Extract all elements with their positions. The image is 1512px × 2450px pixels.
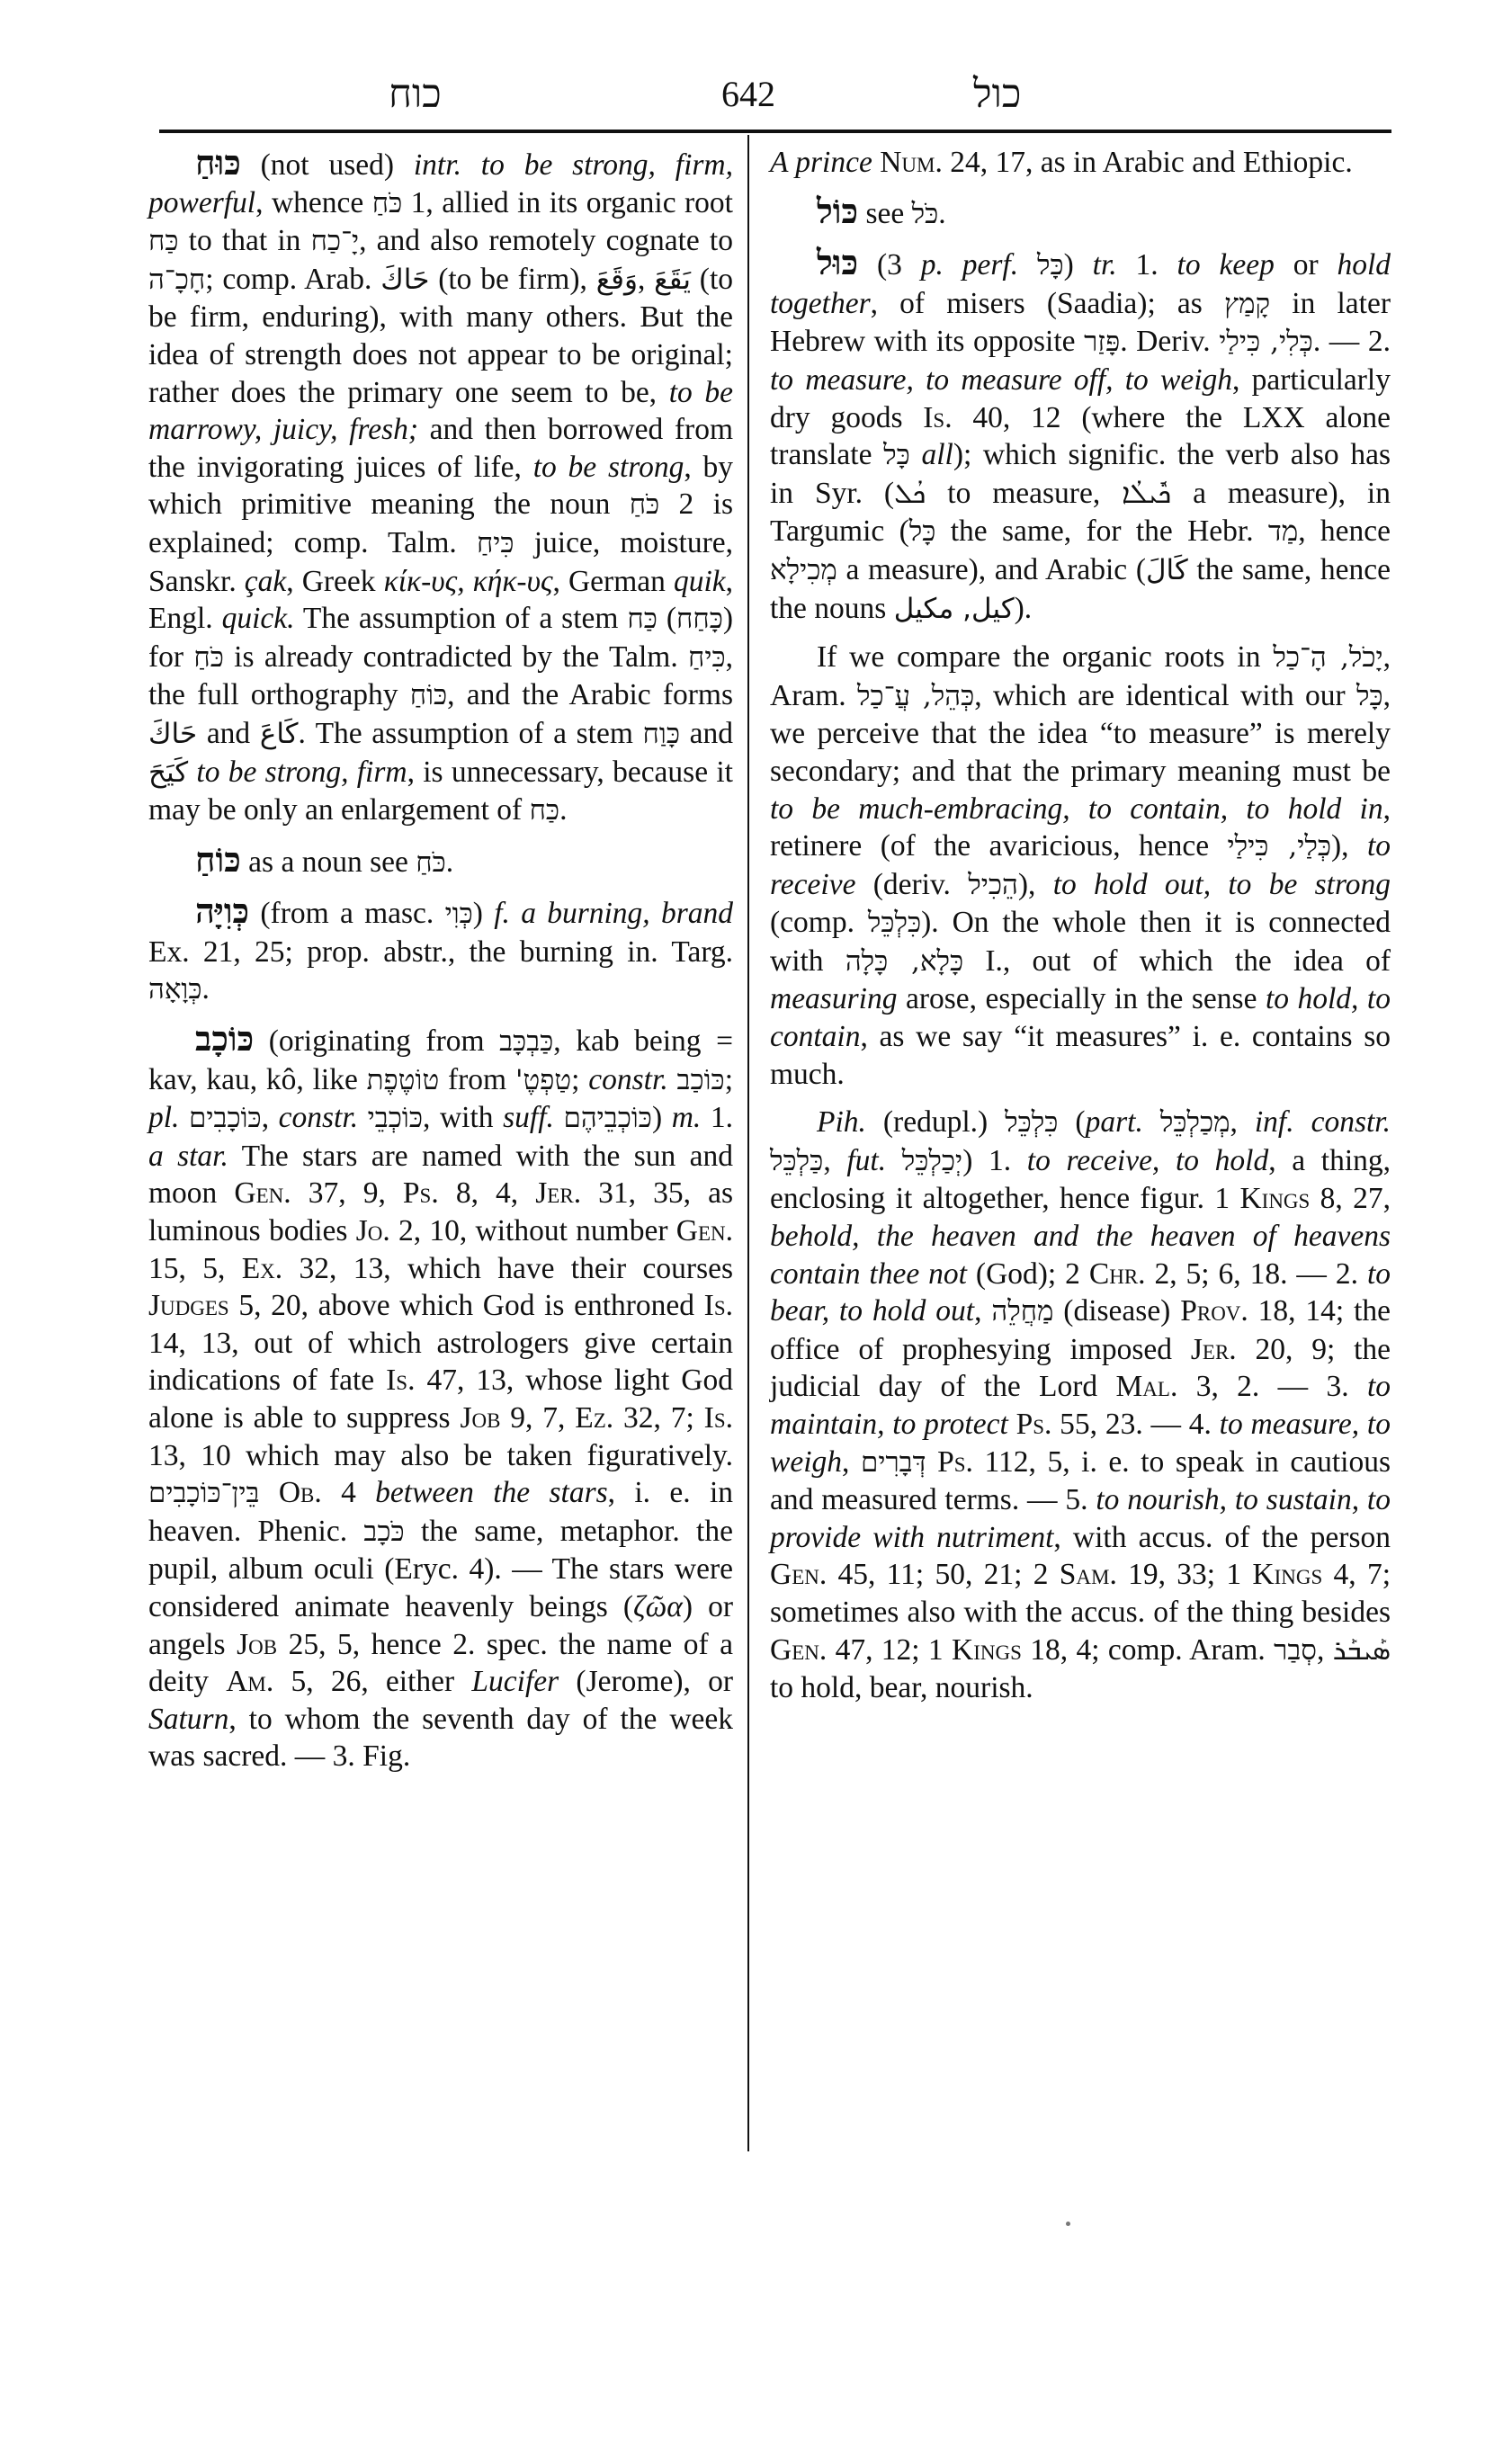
entry-kokhav: כּוֹכָב (originating from כַּבְכָּב, kab… [148, 1020, 733, 1775]
hebrew-word: כָּל [1356, 680, 1383, 712]
entry-kol-see: כּוֹל see כֹּל. [770, 192, 1391, 234]
text-run: , to whom the seventh day of the week wa… [148, 1703, 733, 1774]
text-run: and [680, 717, 733, 750]
book-reference: Judges [148, 1289, 229, 1322]
text-run [1018, 248, 1037, 282]
hebrew-word: כָּל [1037, 249, 1064, 282]
italic-gloss: pl. [148, 1101, 179, 1134]
italic-gloss: to measure, to measure off, to weigh [770, 363, 1232, 397]
text-run: . [202, 972, 210, 1006]
text-run: 4 [322, 1476, 375, 1509]
text-run: (3 [858, 248, 921, 282]
book-reference: Kings [1239, 1182, 1310, 1215]
arabic-word: حَاكَ [380, 264, 429, 296]
text-run: 32, 13, which have their courses [282, 1252, 733, 1285]
text-run: , Greek [286, 565, 383, 598]
text-run: . Deriv. [1120, 325, 1219, 358]
text-run: 8, 27, [1310, 1182, 1391, 1215]
print-speck [1066, 2222, 1070, 2226]
text-run: 2, 5; 6, 18. — 2. [1146, 1257, 1367, 1291]
text-run: ), [1018, 868, 1053, 901]
book-reference: Kings [952, 1633, 1022, 1667]
text-run: (redupl.) [866, 1105, 1005, 1139]
entry-kuach: כּוּחַ (not used) intr. to be strong, fi… [148, 144, 733, 830]
headword: כּוֹכָב [195, 1018, 254, 1059]
hebrew-word: כּוֹכְבֵיהֶם [563, 1102, 651, 1134]
hebrew-word: כֹּחַ [372, 187, 403, 219]
hebrew-word: מְכַלְכֵּל [1160, 1106, 1230, 1139]
continuation-paragraph: A prince Num. 24, 17, as in Arabic and E… [770, 144, 1391, 182]
headword: כּוּל [817, 242, 858, 282]
hebrew-word: דְּבָרִים [861, 1446, 926, 1479]
hebrew-word: כָּל [909, 515, 936, 548]
italic-gloss: suff. [503, 1101, 554, 1134]
text-run: , [823, 1144, 846, 1177]
text-run [260, 1476, 279, 1509]
hebrew-word: טַפְטֶ' [515, 1064, 571, 1096]
arabic-word: حَاكَ [148, 718, 197, 750]
text-run: ) [1064, 248, 1093, 282]
book-reference: Chr. [1089, 1257, 1146, 1291]
hebrew-word: כֹּחַ [416, 846, 446, 879]
text-run: arose, especially in the sense [897, 982, 1266, 1015]
text-run: or [1275, 248, 1338, 282]
headword: כְּוִיָּה [195, 890, 249, 931]
text-run: ( [1058, 1105, 1085, 1139]
hebrew-word: כְּהֵל, עֲ־כַל [857, 680, 974, 712]
text-run [179, 1101, 189, 1134]
text-run: to hold, bear, nourish. [770, 1671, 1033, 1704]
italic-gloss: part. [1086, 1105, 1143, 1139]
hebrew-word: כְּלִי, כִּילַי [1219, 326, 1313, 358]
italic-gloss: κίκ-υς, κήκ-υς [384, 565, 553, 598]
text-run: ) 1. [962, 1144, 1027, 1177]
right-column: A prince Num. 24, 17, as in Arabic and E… [770, 144, 1391, 1707]
column-divider [747, 135, 749, 2151]
text-run: , whence [255, 186, 372, 219]
page-number: 642 [721, 72, 775, 117]
text-run: . [938, 197, 945, 230]
text-run: ; [725, 1063, 733, 1096]
text-run [668, 1063, 677, 1096]
text-run [554, 1101, 564, 1134]
hebrew-word: כֹּכָב [363, 1516, 404, 1548]
entry-kviyyah: כְּוִיָּה (from a masc. כְּוִי) f. a bur… [148, 892, 733, 1009]
book-reference: Is. [704, 1401, 733, 1435]
book-reference: Am. [226, 1665, 273, 1698]
hebrew-word: כִּלְכֵּל [1005, 1106, 1058, 1139]
italic-gloss: p. perf. [921, 248, 1018, 282]
arabic-word: كَيَحَ [148, 756, 188, 789]
italic-gloss: Saturn [148, 1703, 228, 1736]
hebrew-word: כַּח [530, 794, 560, 827]
text-run: , as we say “it measures” i. e. contains… [770, 1020, 1391, 1091]
italic-gloss: tr. [1093, 248, 1117, 282]
hebrew-word: כָּלָא, כָּלָה [845, 945, 963, 978]
text-run: , with accus. of the person [1053, 1521, 1391, 1554]
text-run: from [439, 1063, 515, 1096]
headword: כּוֹחַ [195, 839, 241, 880]
book-reference: Ps. [1016, 1408, 1052, 1441]
hebrew-word: סְבַר [1274, 1634, 1317, 1667]
hebrew-word: כַּח [148, 225, 179, 257]
hebrew-word: כְּוָאָה [148, 973, 202, 1006]
italic-gloss: m. [672, 1101, 702, 1134]
book-reference: Jer. [535, 1176, 581, 1210]
italic-gloss: constr. [588, 1063, 667, 1096]
italic-gloss: f. a burning, brand [494, 897, 733, 930]
hebrew-word: פָּזַר [1084, 326, 1120, 358]
text-run: and [197, 717, 260, 750]
text-run: , [1230, 1105, 1255, 1139]
text-run: ) [473, 897, 494, 930]
text-run: 32, 7; [613, 1401, 704, 1435]
book-reference: Ps. [937, 1445, 973, 1479]
text-run: , with [423, 1101, 503, 1134]
hebrew-word: מַד [1268, 515, 1298, 548]
entry-kul: כּוּל (3 p. perf. כָּל) tr. 1. to keep o… [770, 244, 1391, 628]
text-run: 1, allied in its organic root [402, 186, 733, 219]
text-run: Ex. 21, 25; prop. abstr., the burning in… [148, 935, 733, 969]
text-run: is already contradicted by the Talm. [224, 640, 688, 674]
italic-gloss: a star. [148, 1140, 228, 1173]
hebrew-word: כָּוַח [643, 718, 680, 750]
book-reference: Is. [923, 401, 952, 434]
text-run: to measure, [926, 477, 1122, 510]
text-run: (not used) [241, 148, 414, 182]
hebrew-word: כַּח [627, 603, 658, 635]
hebrew-word: כִּיחַ [477, 527, 514, 559]
text-run [1143, 1105, 1160, 1139]
text-run: 5, 26, either [273, 1665, 471, 1698]
running-header: כוח 642 כול [159, 63, 1391, 126]
book-reference: Sam. [1060, 1558, 1117, 1591]
book-reference: Gen. [234, 1176, 291, 1210]
italic-gloss: between the stars [375, 1476, 608, 1509]
text-run: 55, 23. — 4. [1051, 1408, 1219, 1441]
text-run: 1. [701, 1101, 733, 1134]
left-column: כּוּחַ (not used) intr. to be strong, fi… [148, 144, 733, 1775]
text-run: ; [571, 1063, 588, 1096]
hebrew-word: כּוֹכַב [677, 1064, 725, 1096]
hebrew-word: כִּלְכֵּל [868, 907, 921, 939]
arabic-word: كيل, مكيل [894, 593, 1015, 625]
text-run: ; comp. Arab. [205, 263, 380, 296]
book-reference: Ex. [242, 1252, 282, 1285]
entry-koach-noun: כּוֹחַ as a noun see כֹּחַ. [148, 841, 733, 882]
italic-gloss: fut. [846, 1144, 886, 1177]
hebrew-word: בֵּין־כּוֹכָבִים [148, 1477, 260, 1509]
text-run: 2, 10, without number [390, 1214, 676, 1247]
text-run: , of misers (Saadia); as [871, 287, 1224, 320]
text-run: (comp. [770, 906, 868, 939]
text-run [358, 1101, 368, 1134]
text-run: (to be firm), [429, 263, 595, 296]
text-run: . The assumption of a stem [299, 717, 643, 750]
book-reference: Gen. [770, 1558, 827, 1591]
hebrew-word: קָמַץ [1224, 288, 1270, 320]
book-reference: Jer. [1191, 1333, 1237, 1366]
hebrew-word: כַּלְכֵּל [770, 1145, 823, 1177]
text-run: 1. [1117, 248, 1177, 282]
book-reference: Ps. [403, 1176, 439, 1210]
italic-gloss: Pih. [817, 1105, 866, 1139]
hebrew-word: כֹּחַ [193, 641, 224, 674]
text-run: 18, 4; comp. Aram. [1022, 1633, 1274, 1667]
text-run: see [858, 197, 912, 230]
arabic-word: ܣܰܝܒܰܪ [1333, 1634, 1391, 1667]
hebrew-word: כּוֹכְבֵי [368, 1102, 423, 1134]
italic-gloss: to be strong [533, 451, 684, 484]
text-run [910, 438, 922, 471]
book-reference: Job [237, 1628, 277, 1661]
italic-gloss: all [921, 438, 953, 471]
book-reference: Ez. [575, 1401, 613, 1435]
text-run: 8, 4, [439, 1176, 536, 1210]
book-reference: Jo. [356, 1214, 390, 1247]
text-run: (God); 2 [967, 1257, 1089, 1291]
text-run: ). [1015, 592, 1033, 625]
book-reference: Gen. [676, 1214, 733, 1247]
text-run: (Jerome), or [559, 1665, 733, 1698]
hebrew-word: כִּיחַ [688, 641, 726, 674]
italic-gloss: to receive, to hold [1027, 1144, 1268, 1177]
text-run: , hence [1298, 514, 1391, 548]
text-run: , [262, 1101, 279, 1134]
text-run: (deriv. [855, 868, 968, 901]
book-reference: Job [460, 1401, 500, 1435]
text-run: , [638, 263, 654, 296]
paragraph-organic-roots: If we compare the organic roots in יָכֹל… [770, 639, 1391, 1093]
text-run: The assumption of a stem [295, 602, 628, 635]
arabic-word: ܟܳܠ [894, 478, 926, 510]
text-run: If we compare the organic roots in [817, 640, 1273, 674]
italic-gloss: to keep [1177, 248, 1275, 282]
italic-gloss: ζῶα [633, 1590, 683, 1623]
hebrew-word: חָכָ־ה [148, 264, 205, 296]
italic-gloss: A prince [770, 146, 872, 179]
book-reference: Is. [386, 1364, 415, 1397]
text-run: . — 2. [1313, 325, 1391, 358]
hebrew-word: כַּבְכָּב [499, 1025, 553, 1058]
hebrew-word: כּוֹחַ [410, 679, 447, 711]
hebrew-word: יְכַלְכֵּל [902, 1145, 962, 1177]
book-reference: Mal. [1116, 1370, 1178, 1403]
italic-gloss: Lucifer [471, 1665, 559, 1698]
arabic-word: كَالَ [1146, 554, 1188, 586]
italic-gloss: constr. [279, 1101, 358, 1134]
book-reference: Is. [704, 1289, 733, 1322]
book-reference: Gen. [770, 1633, 827, 1667]
text-run: , German [553, 565, 674, 598]
italic-gloss: to be strong, firm [196, 756, 407, 789]
text-run [926, 1445, 938, 1479]
left-catchword: כוח [389, 72, 442, 117]
text-run: . [446, 845, 453, 879]
header-rule [159, 130, 1391, 133]
text-run [872, 146, 880, 179]
hebrew-word: כֹּחַ [630, 488, 660, 521]
text-run: 5, 20, above which God is enthroned [229, 1289, 704, 1322]
hebrew-word: כּוֹכָבִים [189, 1102, 262, 1134]
text-run: ) [652, 1101, 672, 1134]
hebrew-word: כֹּל [912, 198, 939, 230]
arabic-word: وَقَعَ [596, 264, 638, 296]
hebrew-word: כָּחַח [676, 603, 723, 635]
book-reference: Num. [880, 146, 943, 179]
text-run: the same, for the Hebr. [935, 514, 1268, 548]
paragraph-piel: Pih. (redupl.) כִּלְכֵּל (part. מְכַלְכֵ… [770, 1104, 1391, 1707]
hebrew-word: טוֹטֶפֶת [367, 1064, 440, 1096]
hebrew-word: כָּל [883, 439, 910, 471]
italic-gloss: quick. [222, 602, 295, 635]
book-reference: Ob. [279, 1476, 322, 1509]
italic-gloss: to be much-embracing, to contain, to hol… [770, 792, 1383, 826]
text-run: ( [658, 602, 676, 635]
text-run: 45, 11; 50, 21; 2 [827, 1558, 1060, 1591]
hebrew-word: מְכִילָא [770, 554, 837, 586]
italic-gloss: to hold out, to be strong [1053, 868, 1391, 901]
hebrew-word: יָ־כַח [311, 225, 360, 257]
text-run: ), [1331, 829, 1367, 863]
arabic-word: ܟܽܝܠܳܐ [1122, 478, 1171, 510]
text-run: (disease) [1053, 1294, 1180, 1328]
text-run: to that in [179, 224, 311, 257]
hebrew-word: מַחֲלֵה [991, 1295, 1053, 1328]
book-reference: Prov. [1180, 1294, 1248, 1328]
arabic-word: يَقَعَ [654, 264, 691, 296]
italic-gloss: inf. constr. [1255, 1105, 1391, 1139]
right-catchword: כול [973, 72, 1021, 117]
text-run: (originating from [254, 1024, 499, 1058]
hebrew-word: כְּלַי, כִּילַי [1228, 830, 1331, 863]
text-run: I., out of which the idea of [963, 944, 1391, 978]
text-run: (from a masc. [249, 897, 444, 930]
text-run: 24, 17, as in Arabic and Ethiopic. [943, 146, 1353, 179]
headword: כּוּחַ [195, 142, 241, 183]
text-run: , which are identical with our [974, 679, 1356, 712]
text-run: , [974, 1294, 991, 1328]
text-run [1008, 1408, 1016, 1441]
text-run: 9, 7, [500, 1401, 575, 1435]
text-run: 37, 9, [291, 1176, 403, 1210]
text-run: a measure), and Arabic ( [837, 553, 1146, 586]
text-run [886, 1144, 902, 1177]
text-run: 15, 5, [148, 1252, 242, 1285]
text-run: , [842, 1445, 861, 1479]
text-run: 47, 12; 1 [827, 1633, 952, 1667]
text-run: , and also remotely cognate to [359, 224, 733, 257]
text-run: 19, 33; 1 [1117, 1558, 1253, 1591]
italic-gloss: quik [674, 565, 726, 598]
italic-gloss: measuring [770, 982, 897, 1015]
text-run: as a noun see [241, 845, 416, 879]
text-run: , [1317, 1633, 1333, 1667]
hebrew-word: הֵכִיל [968, 869, 1018, 901]
text-run: 13, 10 which may also be taken figurativ… [148, 1439, 733, 1472]
text-run: 3, 2. — 3. [1177, 1370, 1367, 1403]
text-run: , and the Arabic forms [447, 678, 733, 711]
italic-gloss: çak [245, 565, 287, 598]
arabic-word: كَاعَ [260, 718, 299, 750]
hebrew-word: כְּוִי [445, 898, 473, 930]
hebrew-word: יָכֹל, הָ־כַל [1273, 641, 1382, 674]
book-reference: Kings [1252, 1558, 1322, 1591]
headword: כּוֹל [817, 191, 858, 231]
text-run: . [559, 793, 567, 827]
